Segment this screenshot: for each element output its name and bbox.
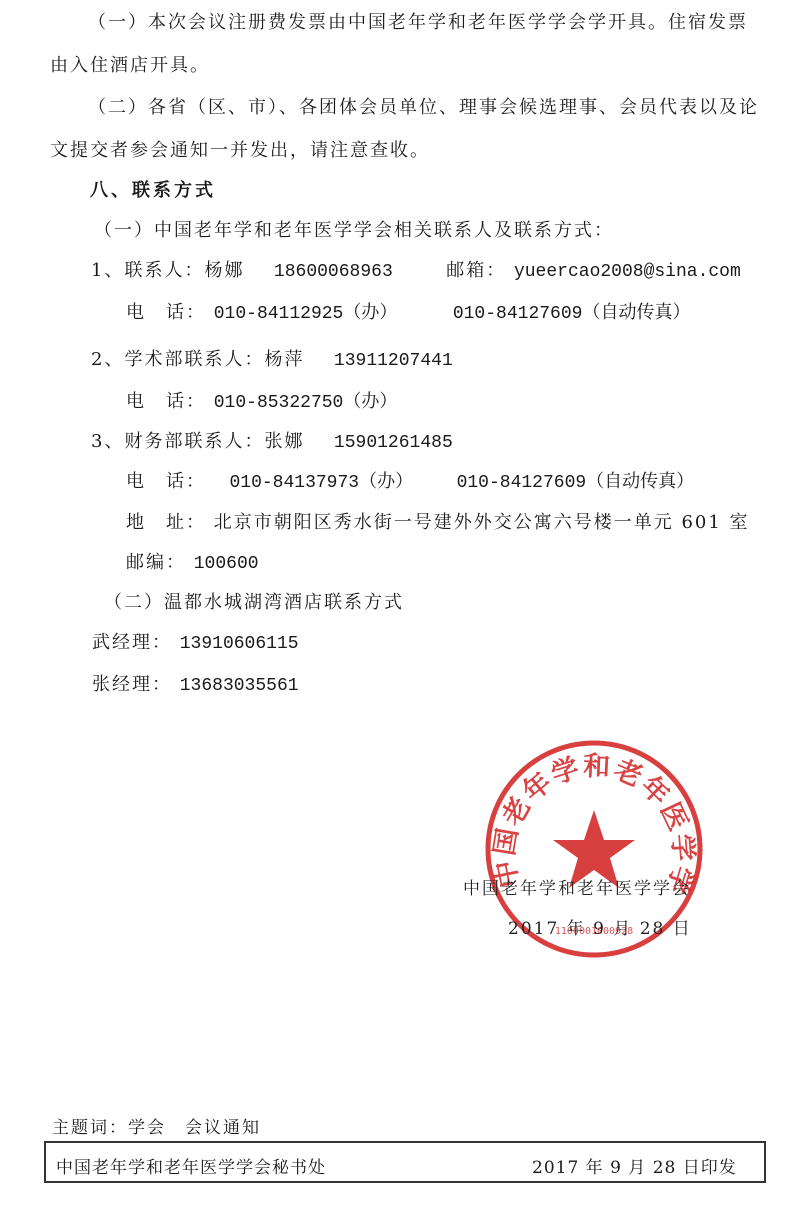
contact-3-postcode-label: 邮编： (126, 552, 186, 573)
contact-3-fax: 010-84127609（自动传真） (457, 473, 695, 493)
contact-2-office-phone: 010-85322750（办） (214, 393, 398, 413)
subject-keywords: 主题词：学会 会议通知 (52, 1113, 261, 1138)
paragraph-invoice-line1: （一）本次会议注册费发票由中国老年学和老年医学学会学开具。住宿发票 (88, 12, 748, 34)
contact-3-address-row: 地 址： 北京市朝阳区秀水街一号建外外交公寓六号楼一单元 601 室 (126, 512, 750, 534)
contact-3-postcode: 100600 (194, 554, 259, 574)
contact-1-office-phone: 010-84112925（办） (214, 304, 398, 324)
hotel-contact-1-label: 武经理： (92, 632, 172, 653)
hotel-contact-2-phone: 13683035561 (180, 676, 299, 696)
contact-3-name: 3、财务部联系人：张娜 (91, 431, 304, 452)
contact-1-fax: 010-84127609（自动传真） (453, 304, 691, 324)
contact-3-postcode-row: 邮编： 100600 (126, 552, 259, 575)
signature-date: 2017 年 9 月 28 日 (508, 914, 692, 939)
contact-3-phone-label: 电 话： (126, 471, 206, 492)
footer-issuer: 中国老年学和老年医学学会秘书处 (56, 1153, 326, 1178)
contact-1-email-label: 邮箱： (446, 260, 506, 281)
contact-2-row: 2、学术部联系人：杨萍 13911207441 (91, 349, 453, 372)
contact-1-mobile: 18600068963 (274, 262, 393, 282)
contact-3-office-phone: 010-84137973（办） (229, 473, 413, 493)
contact-1-name: 1、联系人：杨娜 (91, 260, 244, 281)
contact-2-name: 2、学术部联系人：杨萍 (91, 349, 304, 370)
contact-3-mobile: 15901261485 (334, 433, 453, 453)
hotel-contact-1-row: 武经理： 13910606115 (92, 632, 299, 655)
contact-2-phone-label: 电 话： (126, 391, 206, 412)
hotel-contact-2-row: 张经理： 13683035561 (92, 674, 299, 697)
contact-1-phone-row: 电 话： 010-84112925（办） 010-84127609（自动传真） (126, 302, 690, 325)
subsection-hotel-title: （二）温都水城湖湾酒店联系方式 (104, 592, 404, 614)
signature-organization: 中国老年学和老年医学学会 (463, 874, 691, 899)
contact-3-phone-row: 电 话： 010-84137973（办） 010-84127609（自动传真） (126, 471, 694, 494)
contact-2-phone-row: 电 话： 010-85322750（办） (126, 391, 397, 414)
paragraph-invoice-line2: 由入住酒店开具。 (50, 55, 210, 77)
subsection-association-title: （一）中国老年学和老年医学学会相关联系人及联系方式： (94, 220, 614, 242)
contact-3-address: 北京市朝阳区秀水街一号建外外交公寓六号楼一单元 601 室 (214, 512, 750, 533)
hotel-contact-1-phone: 13910606115 (180, 634, 299, 654)
contact-3-row: 3、财务部联系人：张娜 15901261485 (91, 431, 453, 454)
contact-1-phone-label: 电 话： (126, 302, 206, 323)
paragraph-notice-line1: （二）各省（区、市）、各团体会员单位、理事会候选理事、会员代表以及论 (88, 97, 759, 119)
paragraph-notice-line2: 文提交者参会通知一并发出，请注意查收。 (50, 140, 430, 162)
issuance-footer: 中国老年学和老年医学学会秘书处 2017 年 9 月 28 日印发 (44, 1141, 766, 1183)
contact-3-address-label: 地 址： (126, 512, 206, 533)
footer-issue-date: 2017 年 9 月 28 日印发 (532, 1153, 737, 1178)
contact-2-mobile: 13911207441 (334, 351, 453, 371)
section-heading-contact: 八、联系方式 (90, 180, 216, 202)
contact-1-row: 1、联系人：杨娜 18600068963 邮箱： yueercao2008@si… (91, 260, 741, 283)
contact-1-email[interactable]: yueercao2008@sina.com (514, 262, 741, 282)
hotel-contact-2-label: 张经理： (92, 674, 172, 695)
